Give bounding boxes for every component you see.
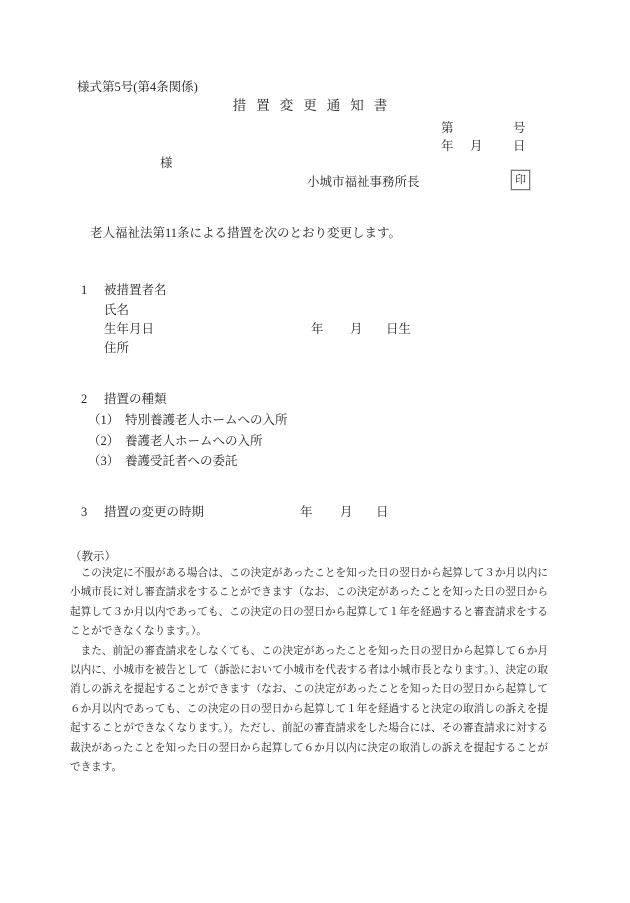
birth-day-label: 日生: [386, 322, 411, 336]
section3-number: 3: [81, 505, 87, 519]
issuer-title: 小城市福祉事務所長: [307, 175, 420, 189]
document-page: 様式第5号(第4条関係) 措置変更通知書 第 号 年 月 日 様 小城市福祉事務…: [0, 0, 630, 903]
section2-item-1-no: （1）: [88, 413, 119, 427]
field-birth-label: 生年月日: [104, 322, 154, 336]
section2-item-1-label: 特別養護老人ホームへの入所: [125, 413, 288, 427]
section2-item-3-no: （3）: [88, 454, 119, 468]
notice-body: この決定に不服がある場合は、この決定があったことを知った日の翌日から起算して３か…: [70, 564, 548, 777]
document-title-line: 措置変更通知書: [0, 99, 630, 113]
notice-heading: （教示）: [70, 550, 116, 564]
notice-paragraph-1: この決定に不服がある場合は、この決定があったことを知った日の翌日から起算して３か…: [70, 564, 548, 642]
header-date-month-label: 月: [470, 139, 483, 153]
section2-item-2-no: （2）: [88, 434, 119, 448]
addressee-honorific: 様: [160, 156, 173, 170]
section2-title: 措置の種類: [104, 392, 167, 406]
change-date-year-label: 年: [300, 505, 313, 519]
notice-paragraph-2: また、前記の審査請求をしなくても、この決定があったことを知った日の翌日から起算し…: [70, 642, 548, 778]
form-number: 様式第5号(第4条関係): [77, 80, 198, 94]
intro-sentence: 老人福祉法第11条による措置を次のとおり変更します。: [90, 226, 401, 240]
doc-number-suffix: 号: [513, 121, 526, 135]
section2-item-2-label: 養護老人ホームへの入所: [125, 434, 263, 448]
section1-number: 1: [81, 283, 87, 297]
section2-item-3-label: 養護受託者への委託: [125, 454, 238, 468]
birth-year-label: 年: [311, 322, 324, 336]
change-date-month-label: 月: [340, 505, 353, 519]
section3-title: 措置の変更の時期: [104, 505, 204, 519]
header-date-year-label: 年: [441, 139, 454, 153]
field-address-label: 住所: [104, 341, 129, 355]
seal-stamp-box: 印: [511, 170, 530, 190]
doc-number-prefix: 第: [441, 121, 454, 135]
header-date-day-label: 日: [513, 139, 526, 153]
section1-title: 被措置者名: [104, 283, 167, 297]
field-name-label: 氏名: [104, 303, 129, 317]
birth-month-label: 月: [350, 322, 363, 336]
section2-number: 2: [81, 392, 87, 406]
change-date-day-label: 日: [376, 505, 389, 519]
document-title: 措置変更通知書: [233, 98, 398, 113]
